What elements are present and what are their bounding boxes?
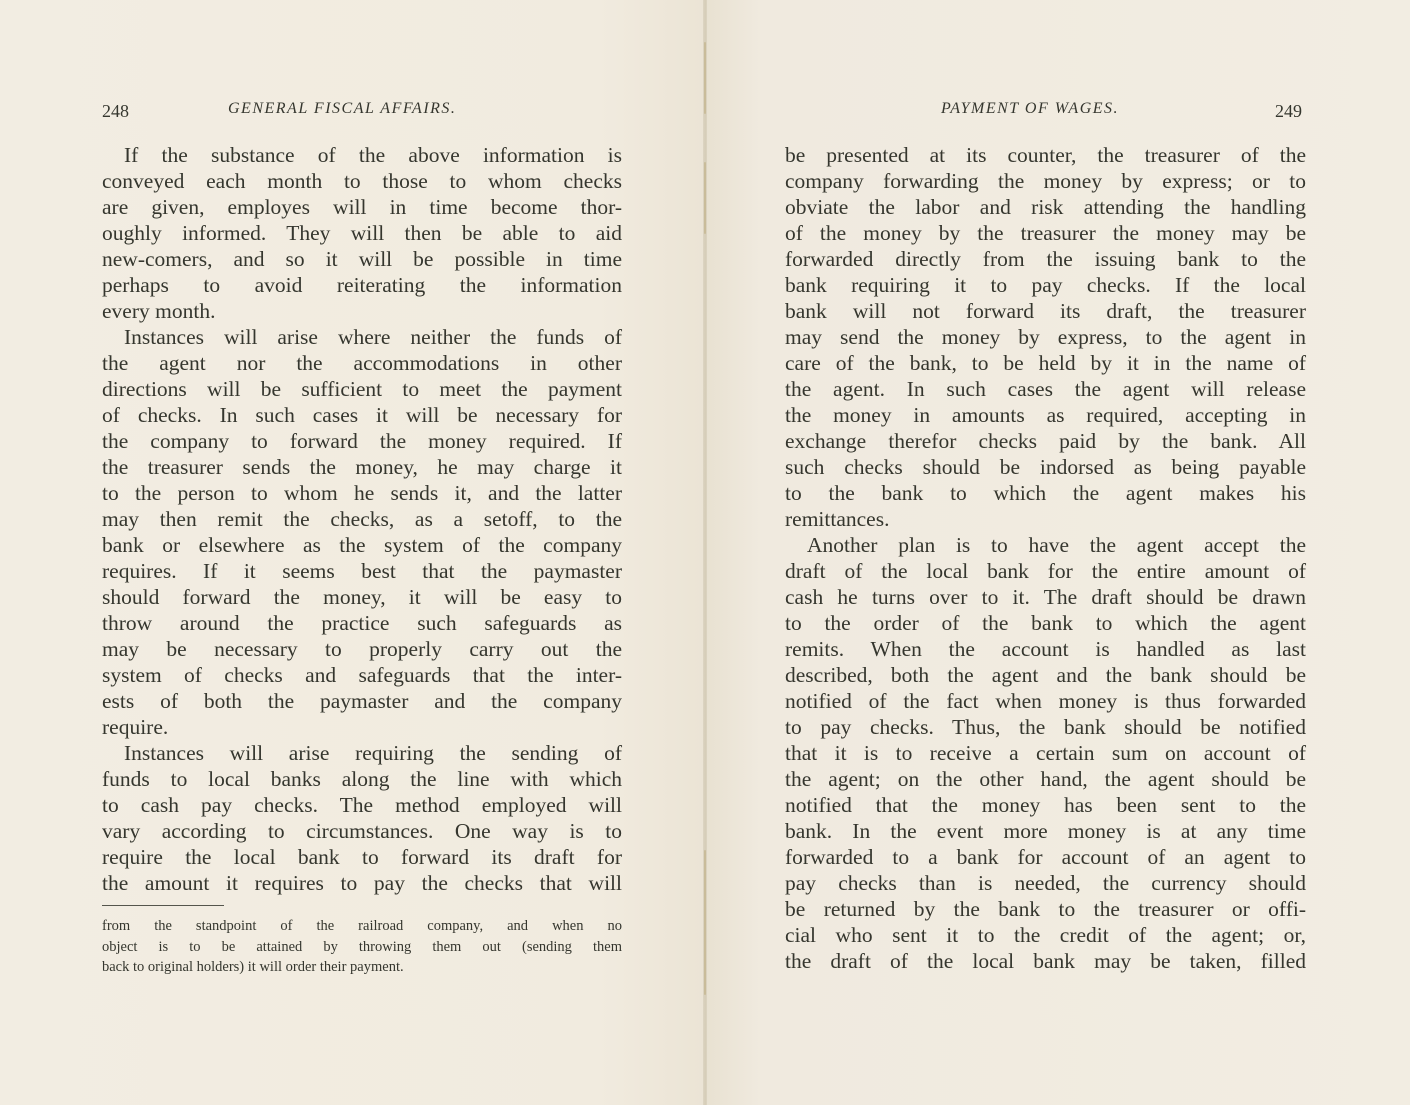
text-line: funds to local banks along the line with… — [102, 766, 622, 792]
text-line: of the money by the treasurer the money … — [785, 220, 1306, 246]
text-line: system of checks and safeguards that the… — [102, 662, 622, 688]
text-line: should forward the money, it will be eas… — [102, 584, 622, 610]
text-line: may send the money by express, to the ag… — [785, 324, 1306, 350]
text-line: conveyed each month to those to whom che… — [102, 168, 622, 194]
book-spread: 248 GENERAL FISCAL AFFAIRS. If the subst… — [0, 0, 1410, 1105]
text-line: to the person to whom he sends it, and t… — [102, 480, 622, 506]
text-line: to cash pay checks. The method employed … — [102, 792, 622, 818]
text-line: bank requiring it to pay checks. If the … — [785, 272, 1306, 298]
text-line: the company to forward the money require… — [102, 428, 622, 454]
text-line: are given, employes will in time become … — [102, 194, 622, 220]
text-line: directions will be sufficient to meet th… — [102, 376, 622, 402]
text-line: the agent; on the other hand, the agent … — [785, 766, 1306, 792]
text-line: such checks should be indorsed as being … — [785, 454, 1306, 480]
text-line: the agent nor the accommodations in othe… — [102, 350, 622, 376]
text-line: forwarded directly from the issuing bank… — [785, 246, 1306, 272]
text-line: bank will not forward its draft, the tre… — [785, 298, 1306, 324]
text-line: care of the bank, to be held by it in th… — [785, 350, 1306, 376]
text-line: the treasurer sends the money, he may ch… — [102, 454, 622, 480]
text-line: bank or elsewhere as the system of the c… — [102, 532, 622, 558]
text-line: forwarded to a bank for account of an ag… — [785, 844, 1306, 870]
text-line: vary according to circumstances. One way… — [102, 818, 622, 844]
text-line: pay checks than is needed, the currency … — [785, 870, 1306, 896]
text-line: the agent. In such cases the agent will … — [785, 376, 1306, 402]
text-line: may then remit the checks, as a setoff, … — [102, 506, 622, 532]
text-line: the draft of the local bank may be taken… — [785, 948, 1306, 974]
text-line: perhaps to avoid reiterating the informa… — [102, 272, 622, 298]
text-line: to the bank to which the agent makes his — [785, 480, 1306, 506]
page-number: 248 — [102, 101, 129, 122]
text-line: bank. In the event more money is at any … — [785, 818, 1306, 844]
text-line: cial who sent it to the credit of the ag… — [785, 922, 1306, 948]
left-page: 248 GENERAL FISCAL AFFAIRS. If the subst… — [0, 0, 705, 1105]
text-line: that it is to receive a certain sum on a… — [785, 740, 1306, 766]
text-line: new-comers, and so it will be possible i… — [102, 246, 622, 272]
text-line: remits. When the account is handled as l… — [785, 636, 1306, 662]
running-head: PAYMENT OF WAGES. — [941, 100, 1119, 118]
text-line: require the local bank to forward its dr… — [102, 844, 622, 870]
text-line: of checks. In such cases it will be nece… — [102, 402, 622, 428]
text-line: the amount it requires to pay the checks… — [102, 870, 622, 896]
text-line: remittances. — [785, 506, 1306, 532]
text-line: notified of the fact when money is thus … — [785, 688, 1306, 714]
text-line: every month. — [102, 298, 622, 324]
body-text: If the substance of the above informatio… — [102, 142, 622, 896]
text-line: exchange therefor checks paid by the ban… — [785, 428, 1306, 454]
footnote: from the standpoint of the railroad comp… — [102, 916, 622, 978]
text-line: the money in amounts as required, accept… — [785, 402, 1306, 428]
text-line: to the order of the bank to which the ag… — [785, 610, 1306, 636]
text-line: be returned by the bank to the treasurer… — [785, 896, 1306, 922]
running-head: GENERAL FISCAL AFFAIRS. — [228, 100, 456, 118]
text-line: company forwarding the money by express;… — [785, 168, 1306, 194]
text-line: obviate the labor and risk attending the… — [785, 194, 1306, 220]
text-line: may be necessary to properly carry out t… — [102, 636, 622, 662]
text-line: ests of both the paymaster and the compa… — [102, 688, 622, 714]
text-line: Instances will arise where neither the f… — [102, 324, 622, 350]
text-line: to pay checks. Thus, the bank should be … — [785, 714, 1306, 740]
text-line: notified that the money has been sent to… — [785, 792, 1306, 818]
text-line: require. — [102, 714, 622, 740]
text-line: Another plan is to have the agent accept… — [785, 532, 1306, 558]
text-line: cash he turns over to it. The draft shou… — [785, 584, 1306, 610]
text-line: be presented at its counter, the treasur… — [785, 142, 1306, 168]
footnote-line: back to original holders) it will order … — [102, 957, 622, 978]
page-number: 249 — [1275, 101, 1302, 122]
binding-stitch — [704, 162, 706, 234]
text-line: If the substance of the above informatio… — [102, 142, 622, 168]
binding-stitch — [704, 42, 706, 114]
text-line: Instances will arise requiring the sendi… — [102, 740, 622, 766]
text-line: draft of the local bank for the entire a… — [785, 558, 1306, 584]
text-line: described, both the agent and the bank s… — [785, 662, 1306, 688]
footnote-line: object is to be attained by throwing the… — [102, 937, 622, 958]
text-line: throw around the practice such safeguard… — [102, 610, 622, 636]
right-page: PAYMENT OF WAGES. 249 be presented at it… — [705, 0, 1410, 1105]
footnote-line: from the standpoint of the railroad comp… — [102, 916, 622, 937]
text-line: oughly informed. They will then be able … — [102, 220, 622, 246]
text-line: requires. If it seems best that the paym… — [102, 558, 622, 584]
footnote-rule — [102, 905, 224, 906]
binding-stitch — [704, 850, 706, 995]
body-text: be presented at its counter, the treasur… — [785, 142, 1306, 974]
